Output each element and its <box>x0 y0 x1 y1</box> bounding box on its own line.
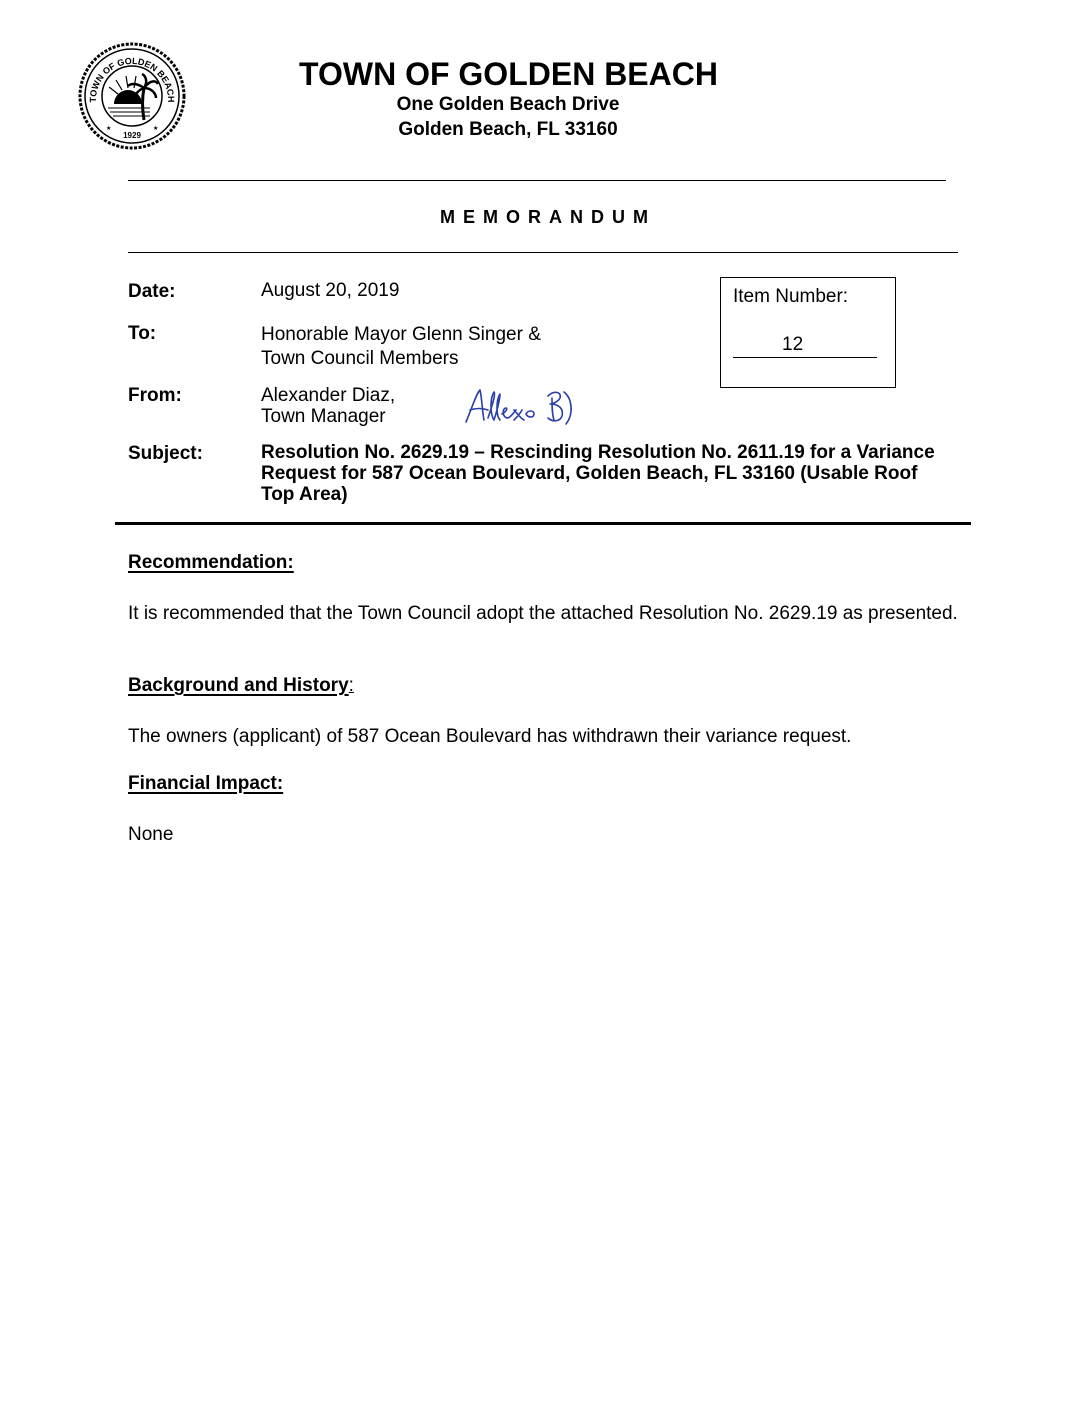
divider-bold <box>115 522 971 525</box>
to-value: Honorable Mayor Glenn Singer & Town Coun… <box>261 323 541 371</box>
organization-name: TOWN OF GOLDEN BEACH <box>0 56 1016 93</box>
address-line-2: Golden Beach, FL 33160 <box>0 119 1016 141</box>
item-number-value: 12 <box>782 334 803 356</box>
background-text: The owners (applicant) of 587 Ocean Boul… <box>128 724 978 749</box>
from-label: From: <box>128 385 182 407</box>
memo-title: MEMORANDUM <box>0 207 1088 228</box>
subject-label: Subject: <box>128 443 203 465</box>
to-label: To: <box>128 323 156 345</box>
to-line-2: Town Council Members <box>261 347 541 371</box>
recommendation-heading: Recommendation: <box>128 552 294 574</box>
item-number-box: Item Number: 12 <box>720 277 896 388</box>
address-line-1: One Golden Beach Drive <box>0 94 1016 116</box>
recommendation-text: It is recommended that the Town Council … <box>128 601 978 626</box>
signature <box>462 384 592 430</box>
financial-impact-heading: Financial Impact: <box>128 773 283 795</box>
divider-top <box>128 180 946 181</box>
from-value: Alexander Diaz, Town Manager <box>261 384 395 429</box>
date-value: August 20, 2019 <box>261 279 399 303</box>
to-line-1: Honorable Mayor Glenn Singer & <box>261 323 541 347</box>
from-line-2: Town Manager <box>261 405 395 429</box>
divider-middle <box>128 252 958 253</box>
date-label: Date: <box>128 281 176 303</box>
financial-impact-text: None <box>128 822 978 847</box>
background-heading: Background and History: <box>128 675 354 697</box>
subject-value: Resolution No. 2629.19 – Rescinding Reso… <box>261 442 951 505</box>
item-number-label: Item Number: <box>733 286 848 308</box>
item-number-underline <box>733 357 877 358</box>
signature-icon <box>462 384 592 430</box>
